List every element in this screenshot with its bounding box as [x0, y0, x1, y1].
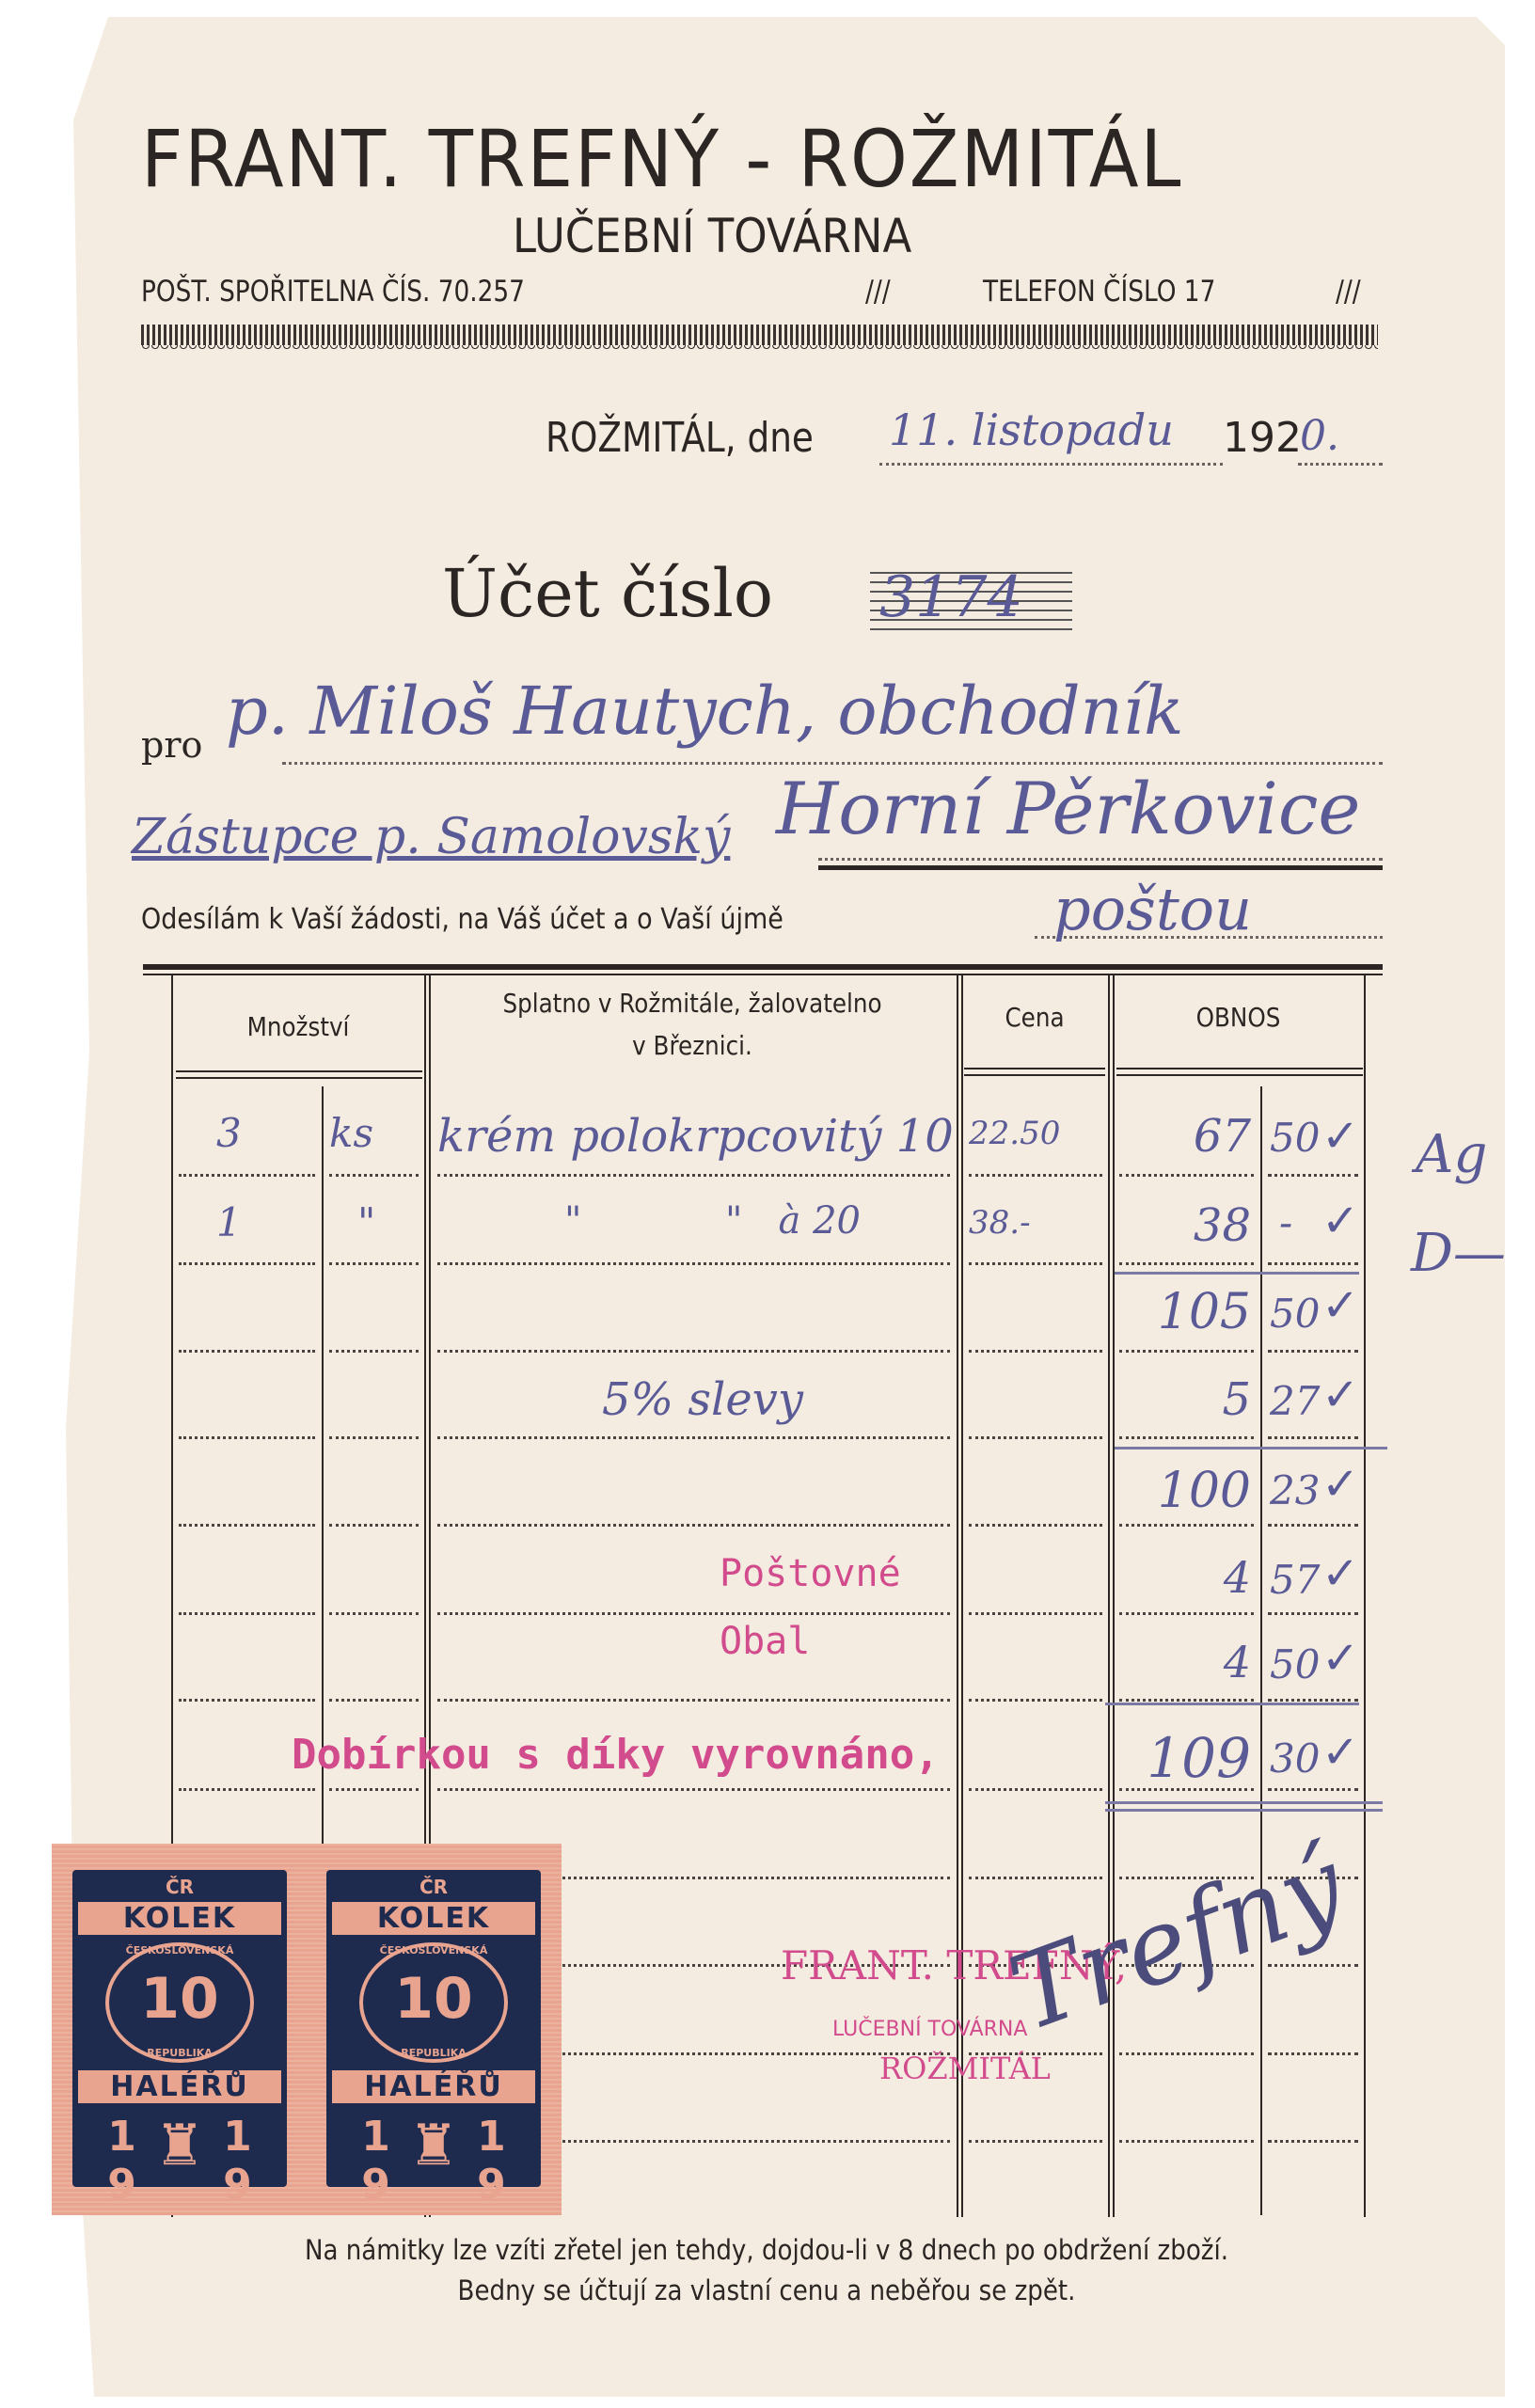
row-price: 22.50 [969, 1115, 1060, 1152]
row-dotline [969, 1524, 1102, 1527]
row-dotline [179, 1262, 315, 1265]
row-dotline [329, 1174, 419, 1177]
invoice-label: Účet číslo [442, 555, 773, 632]
row-dotline [1119, 2140, 1254, 2143]
row-dotline [1119, 1612, 1254, 1615]
stamp-ring-bottom: REPUBLIKA [363, 2047, 504, 2059]
date-dotline [879, 463, 1223, 466]
amount-header-rule [1116, 1068, 1363, 1069]
total-line [1105, 1703, 1359, 1705]
telephone: TELEFON ČÍSLO 17 [983, 275, 1215, 309]
recipient-rule [818, 865, 1383, 870]
row-amount-fraction: 57 [1270, 1557, 1320, 1603]
header-description-2: v Březnici. [461, 1030, 925, 1061]
row-dotline [179, 1788, 315, 1791]
row-dotline [179, 1524, 315, 1527]
row-dotline [329, 1350, 419, 1353]
company-stamp-line3: ROŽMITÁL [879, 2051, 1051, 2086]
header-price: Cena [970, 1002, 1099, 1033]
margin-note-2: D— [1411, 1223, 1506, 1284]
stamp-ring-top: ČESKOSLOVENSKÁ [109, 1944, 250, 1956]
separator-1: /// [865, 275, 891, 309]
row-unit: ks [329, 1110, 373, 1156]
subtotal-line [1115, 1447, 1387, 1450]
separator-2: /// [1336, 275, 1361, 309]
price-header-rule-2 [964, 1074, 1105, 1076]
table-top-rule-2 [143, 974, 1383, 975]
row-dotline [1119, 1524, 1254, 1527]
row-amount-fraction: 27 [1270, 1378, 1320, 1424]
row-dotline [437, 1524, 950, 1527]
row-dotline [329, 1262, 419, 1265]
row-unit: " [357, 1199, 375, 1245]
row-price: 38.- [969, 1204, 1031, 1242]
row-dotline [969, 2140, 1102, 2143]
lion-icon: ♜ [408, 2113, 459, 2209]
row-desc-stamp: Obal [720, 1620, 810, 1663]
row-dotline [1268, 1524, 1358, 1527]
row-dotline [179, 1436, 315, 1439]
row-amount-whole: 105 [1119, 1284, 1251, 1340]
recipient-line2-left: Zástupce p. Samolovský [132, 809, 730, 865]
stamp-year-left: 1 9 [89, 2113, 154, 2209]
row-dotline [179, 1174, 315, 1177]
postal-savings: POŠT. SPOŘITELNA ČÍS. 70.257 [141, 275, 525, 309]
row-dotline [437, 1788, 950, 1791]
stamp-value: 10 [394, 1966, 473, 2032]
check-mark-icon: ✓ [1321, 1195, 1359, 1247]
row-dotline [969, 1350, 1102, 1353]
row-dotline [329, 1524, 419, 1527]
row-dotline [179, 1350, 315, 1353]
row-dotline [1119, 1350, 1254, 1353]
footer-line1: Na námitky lze vzíti zřetel jen tehdy, d… [213, 2234, 1321, 2266]
row-dotline [1268, 1174, 1358, 1177]
row-amount-fraction: 50 [1270, 1115, 1320, 1161]
row-dotline [1119, 1699, 1254, 1702]
row-qty: 3 [216, 1110, 242, 1156]
check-mark-icon: ✓ [1321, 1279, 1359, 1332]
stamp-oval: ČESKOSLOVENSKÁ 10 REPUBLIKA [105, 1942, 254, 2063]
row-dotline [437, 1699, 950, 1702]
margin-note-1: Ag [1416, 1124, 1487, 1185]
stamp-year-right: 1 9 [205, 2113, 270, 2209]
row-dotline [969, 1174, 1102, 1177]
check-mark-icon: ✓ [1321, 1726, 1359, 1779]
row-dotline [969, 1788, 1102, 1791]
total-amount-fraction: 30 [1270, 1735, 1320, 1782]
qty-header-rule [176, 1070, 422, 1072]
revenue-stamp: ČR KOLEK ČESKOSLOVENSKÁ 10 REPUBLIKA HAL… [306, 1844, 562, 2215]
total-double-line [1105, 1801, 1383, 1804]
row-desc-stamp: Poštovné [720, 1552, 901, 1595]
stamp-year-left: 1 9 [343, 2113, 408, 2209]
table-top-rule [143, 964, 1383, 970]
shipping-method: poštou [1053, 875, 1252, 943]
check-mark-icon: ✓ [1321, 1110, 1359, 1163]
col-line-amount-split [1260, 1086, 1262, 2215]
year-suffix: 0. [1300, 412, 1339, 460]
handwritten-date: 11. listopadu [889, 404, 1174, 455]
stamp-cr: ČR [72, 1876, 287, 1898]
row-amount-fraction: - [1279, 1199, 1292, 1245]
settled-stamp: Dobírkou s díky vyrovnáno, [292, 1731, 940, 1779]
row-dotline [1268, 1699, 1358, 1702]
recipient-line1: p. Miloš Hautych, obchodník [226, 673, 1184, 750]
row-dotline [329, 1612, 419, 1615]
stamp-kolek: KOLEK [332, 1902, 535, 1935]
row-dotline [1119, 2052, 1254, 2055]
row-dotline [969, 1877, 1102, 1879]
amount-header-rule-2 [1116, 1074, 1363, 1076]
row-amount-whole: 5 [1119, 1373, 1251, 1426]
price-header-rule [964, 1068, 1105, 1069]
company-stamp-line2: LUČEBNÍ TOVÁRNA [832, 2018, 1027, 2041]
row-dotline [437, 1174, 950, 1177]
footer-line2: Bedny se účtují za vlastní cenu a neběřo… [213, 2274, 1321, 2306]
row-amount-fraction: 50 [1270, 1291, 1320, 1337]
row-desc: krém polokrpcovitý 10 [437, 1110, 954, 1163]
date-place: ROŽMITÁL, dne [546, 414, 814, 462]
row-dotline [1268, 1788, 1358, 1791]
row-amount-whole: 38 [1119, 1199, 1251, 1252]
revenue-stamp: ČR KOLEK ČESKOSLOVENSKÁ 10 REPUBLIKA HAL… [52, 1844, 308, 2215]
decorative-border [141, 325, 1378, 345]
row-dotline [179, 1612, 315, 1615]
row-dotline [1119, 1174, 1254, 1177]
row-dotline [1268, 1436, 1358, 1439]
row-dotline [1268, 1262, 1358, 1265]
check-mark-icon: ✓ [1321, 1458, 1359, 1511]
row-dotline [179, 1699, 315, 1702]
recipient-dotline-1 [282, 762, 1383, 765]
row-dotline [329, 1699, 419, 1702]
stamp-halleru: HALÉŘŮ [332, 2070, 535, 2103]
stamp-kolek: KOLEK [78, 1902, 281, 1935]
row-dotline [969, 1612, 1102, 1615]
row-amount-fraction: 50 [1270, 1641, 1320, 1687]
total-amount-whole: 109 [1115, 1726, 1251, 1790]
stamp-cr: ČR [326, 1876, 541, 1898]
row-dotline [329, 1788, 419, 1791]
shipping-label: Odesílám k Vaší žádosti, na Váš účet a o… [141, 903, 783, 936]
col-line-price-right-2 [1113, 975, 1115, 2217]
check-mark-icon: ✓ [1321, 1369, 1359, 1421]
row-qty: 1 [216, 1199, 242, 1245]
stamp-oval: ČESKOSLOVENSKÁ 10 REPUBLIKA [359, 1942, 508, 2063]
header-quantity: Množství [186, 1011, 410, 1042]
stamp-year-right: 1 9 [459, 2113, 524, 2209]
row-amount-whole: 4 [1119, 1552, 1251, 1603]
stamp-ring-top: ČESKOSLOVENSKÁ [363, 1944, 504, 1956]
total-double-line-2 [1105, 1809, 1383, 1812]
stamp-value: 10 [140, 1966, 219, 2032]
row-dotline [1119, 1436, 1254, 1439]
row-dotline [1268, 1612, 1358, 1615]
stamp-ring-bottom: REPUBLIKA [109, 2047, 250, 2059]
stamp-halleru: HALÉŘŮ [78, 2070, 281, 2103]
row-amount-whole: 100 [1119, 1463, 1251, 1519]
recipient-line2-right: Horní Pěrkovice [776, 767, 1360, 850]
row-dotline [1268, 1350, 1358, 1353]
invoice-number: 3174 [879, 564, 1023, 630]
row-dotline [969, 1699, 1102, 1702]
check-mark-icon: ✓ [1321, 1547, 1359, 1600]
row-dotline [1268, 2140, 1358, 2143]
col-line-right [1364, 975, 1366, 2217]
row-dotline [437, 1350, 950, 1353]
row-dotline [969, 1262, 1102, 1265]
row-amount-whole: 67 [1119, 1110, 1251, 1163]
header-amount: OBNOS [1128, 1002, 1349, 1033]
row-dotline [1268, 2052, 1358, 2055]
subtotal-line [1115, 1272, 1359, 1275]
col-line-price-right [1108, 975, 1110, 2217]
row-desc: 5% slevy [602, 1373, 803, 1426]
recipient-label: pro [141, 724, 202, 766]
check-mark-icon: ✓ [1321, 1632, 1359, 1685]
row-desc: " " à 20 [564, 1199, 861, 1243]
year-prefix: 192 [1223, 414, 1302, 462]
row-dotline [1119, 1262, 1254, 1265]
row-dotline [437, 1262, 950, 1265]
qty-header-rule-2 [176, 1077, 422, 1079]
header-description-1: Splatno v Rožmitále, žalovatelno [461, 988, 925, 1019]
row-dotline [969, 1436, 1102, 1439]
company-subtitle: LUČEBNÍ TOVÁRNA [513, 209, 911, 263]
row-amount-fraction: 23 [1270, 1467, 1320, 1513]
row-dotline [329, 1436, 419, 1439]
row-dotline [437, 1612, 950, 1615]
company-name: FRANT. TREFNÝ - ROŽMITÁL [141, 113, 1182, 205]
year-dotline [1298, 463, 1383, 466]
row-amount-whole: 4 [1119, 1637, 1251, 1687]
lion-icon: ♜ [154, 2113, 205, 2209]
row-dotline [437, 1436, 950, 1439]
recipient-dotline-2 [818, 858, 1383, 861]
